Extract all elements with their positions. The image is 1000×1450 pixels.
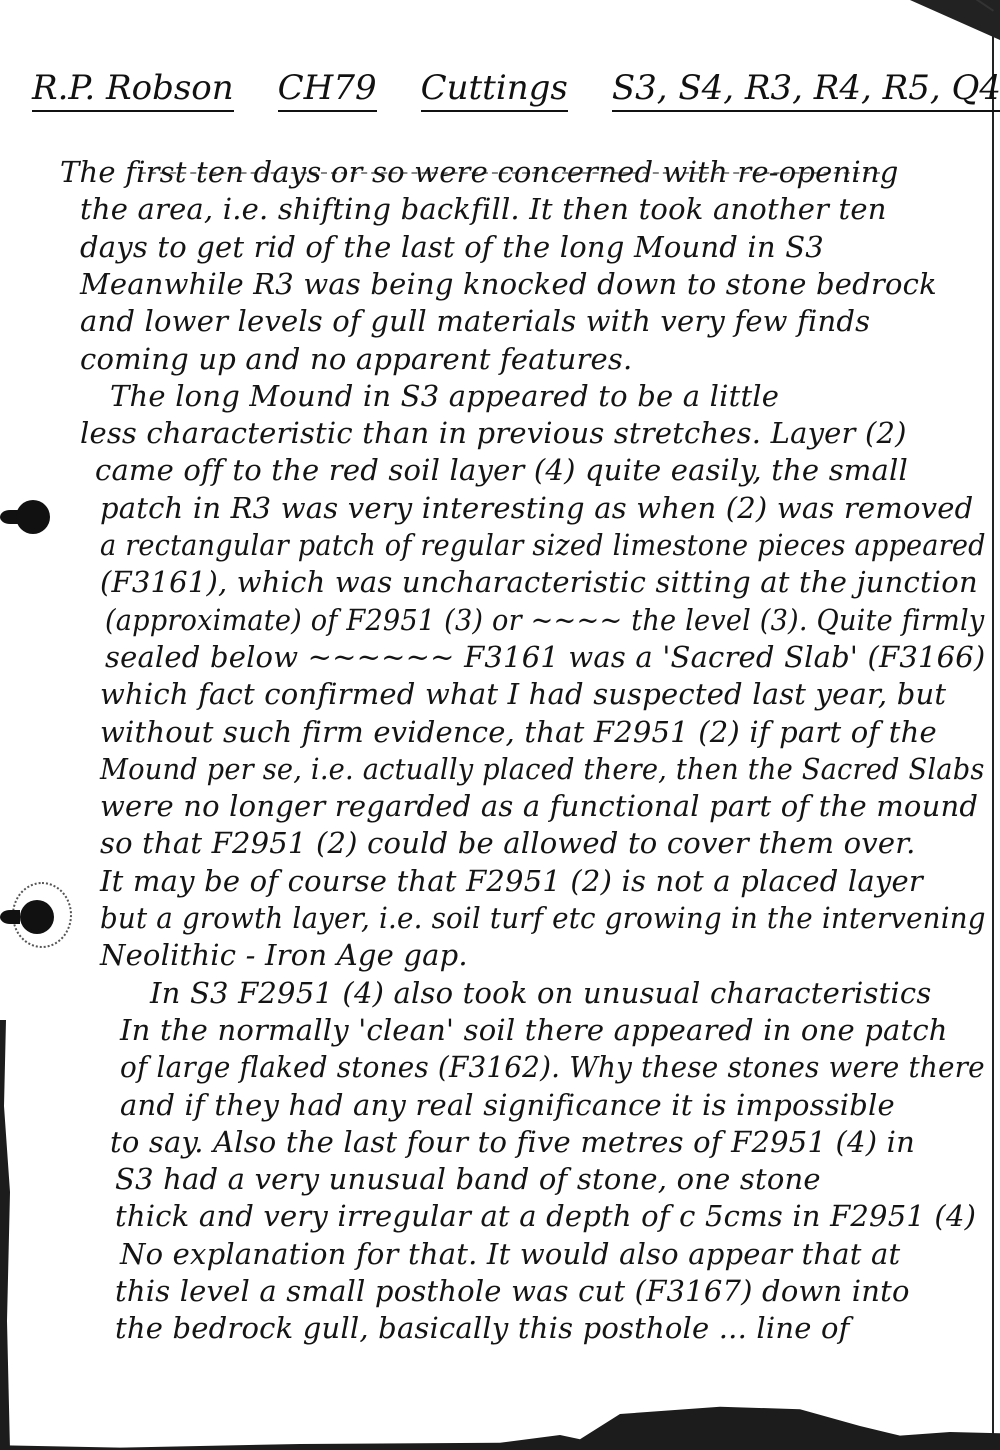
handwritten-line: sealed below ~~~~~~ F3161 was a 'Sacred …: [105, 640, 985, 674]
handwritten-line: which fact confirmed what I had suspecte…: [100, 677, 946, 711]
handwritten-line: (approximate) of F2951 (3) or ~~~~ the l…: [105, 603, 984, 637]
handwritten-line: the bedrock gull, basically this posthol…: [115, 1311, 850, 1345]
author: R.P. Robson: [32, 68, 234, 112]
handwritten-line: patch in R3 was very interesting as when…: [100, 491, 973, 525]
handwritten-line: thick and very irregular at a depth of c…: [115, 1199, 976, 1233]
handwritten-line: The first ten days or so were concerned …: [60, 155, 899, 189]
handwritten-line: Mound per se, i.e. actually placed there…: [100, 752, 985, 786]
handwritten-line: days to get rid of the last of the long …: [80, 230, 824, 264]
handwritten-line: Neolithic - Iron Age gap.: [100, 938, 468, 972]
handwritten-line: and if they had any real significance it…: [120, 1088, 895, 1122]
handwritten-line: so that F2951 (2) could be allowed to co…: [100, 826, 916, 860]
page-edge: [992, 0, 994, 1450]
handwritten-line: In the normally 'clean' soil there appea…: [120, 1013, 948, 1047]
handwritten-line: of large flaked stones (F3162). Why thes…: [120, 1050, 985, 1084]
handwritten-line: Meanwhile R3 was being knocked down to s…: [80, 267, 937, 301]
handwritten-line: The long Mound in S3 appeared to be a li…: [110, 379, 779, 413]
handwritten-line: to say. Also the last four to five metre…: [110, 1125, 915, 1159]
punch-hole-tear: [0, 910, 20, 924]
handwritten-line: were no longer regarded as a functional …: [100, 789, 978, 823]
torn-left-edge: [0, 1020, 10, 1450]
cuttings-label: Cuttings: [421, 68, 568, 112]
torn-bottom-edge: [0, 1390, 1000, 1450]
handwritten-line: In S3 F2951 (4) also took on unusual cha…: [150, 976, 931, 1010]
handwritten-line: came off to the red soil layer (4) quite…: [95, 453, 908, 487]
handwritten-line: and lower levels of gull materials with …: [80, 304, 870, 338]
site-code: CH79: [278, 68, 377, 112]
document-page: R.P. Robson CH79 Cuttings S3, S4, R3, R4…: [0, 0, 1000, 1450]
handwritten-line: coming up and no apparent features.: [80, 342, 632, 376]
handwritten-line: the area, i.e. shifting backfill. It the…: [80, 192, 887, 226]
handwritten-line: but a growth layer, i.e. soil turf etc g…: [100, 901, 986, 935]
handwritten-line: this level a small posthole was cut (F31…: [115, 1274, 910, 1308]
punch-hole-icon: [20, 900, 54, 934]
handwritten-line: No explanation for that. It would also a…: [120, 1237, 900, 1271]
handwritten-line: without such firm evidence, that F2951 (…: [100, 715, 937, 749]
document-header: R.P. Robson CH79 Cuttings S3, S4, R3, R4…: [20, 68, 950, 112]
handwritten-line: S3 had a very unusual band of stone, one…: [115, 1162, 821, 1196]
handwritten-line: less characteristic than in previous str…: [80, 416, 907, 450]
cuttings-list: S3, S4, R3, R4, R5, Q4: [612, 68, 1000, 112]
handwritten-line: (F3161), which was uncharacteristic sitt…: [100, 565, 978, 599]
punch-hole-icon: [16, 500, 50, 534]
handwritten-line: It may be of course that F2951 (2) is no…: [100, 864, 923, 898]
handwritten-line: a rectangular patch of regular sized lim…: [100, 528, 986, 562]
